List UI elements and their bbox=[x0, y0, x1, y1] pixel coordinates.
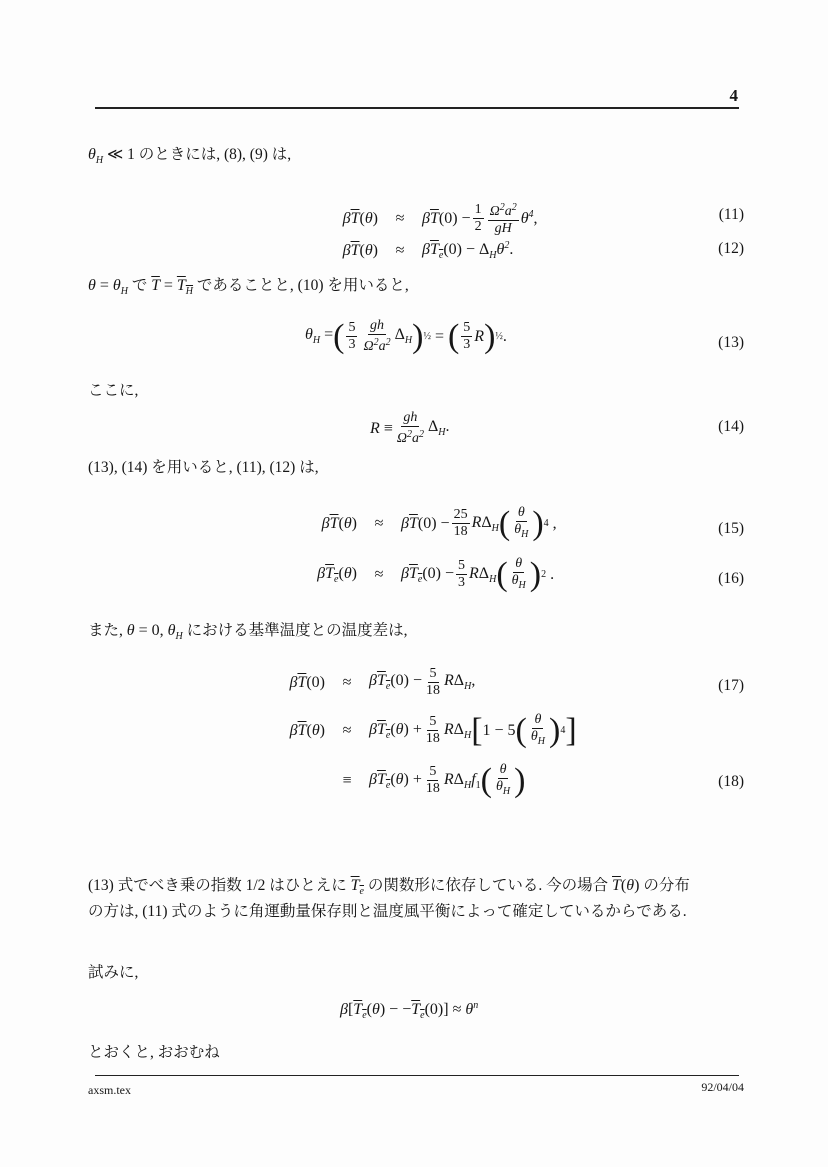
equation-power-law: β[Te(θ) − −Te(0)] ≈ θn bbox=[340, 1000, 478, 1021]
paragraph-difference: また, θ = 0, θH における基準温度との温度差は, bbox=[88, 618, 408, 650]
equation-15: βT(θ) ≈ βT(0) − 2518 RΔH (θθH)4 , bbox=[287, 505, 557, 543]
equation-number: (14) bbox=[718, 418, 744, 436]
equation-number: (12) bbox=[718, 240, 744, 258]
equation-17: βT(0) ≈ βTe(0) − 518 RΔH, bbox=[255, 666, 475, 699]
equation-18-line2: ≡ βTe(θ) + 518 RΔHf1 (θθH) bbox=[255, 762, 525, 800]
equation-number: (15) bbox=[718, 520, 744, 538]
equation-number: (17) bbox=[718, 677, 744, 695]
equation-16: βTe(θ) ≈ βTe(0) − 53 RΔH (θθH)2 . bbox=[285, 556, 554, 594]
equation-11: βT(θ) ≈ βT(0) − 12 Ω2a2gH θ4, bbox=[308, 200, 538, 237]
paragraph-text: の分布 bbox=[639, 877, 689, 894]
equation-14: R ≡ ghΩ2a2 ΔH. bbox=[370, 410, 449, 447]
equation-number: (18) bbox=[718, 773, 744, 791]
paragraph-trial: 試みに, bbox=[88, 960, 138, 986]
paragraph-text: のときには, (8), (9) は, bbox=[135, 146, 291, 163]
footer-rule bbox=[95, 1075, 739, 1076]
paragraph-here: ここに, bbox=[88, 378, 138, 404]
paragraph-text: (13) 式でべき乗の指数 1/2 はひとえに bbox=[88, 877, 351, 894]
paragraph-using: (13), (14) を用いると, (11), (12) は, bbox=[88, 455, 319, 481]
paragraph-text: の関数形に依存している. 今の場合 bbox=[364, 877, 612, 894]
paragraph-substitution: θ = θH で T = TH であることと, (10) を用いると, bbox=[88, 273, 409, 305]
equation-12: βT(θ) ≈ βTe(0) − ΔHθ2. bbox=[308, 240, 513, 261]
footer-filename: axsm.tex bbox=[88, 1083, 131, 1098]
header-rule bbox=[95, 107, 739, 109]
paragraph-text: また, bbox=[88, 622, 127, 639]
equation-13: θH = ( 53 ghΩ2a2 ΔH )½ = ( 53 R )½ . bbox=[305, 318, 507, 355]
equation-number: (13) bbox=[718, 334, 744, 352]
paragraph-text: で bbox=[128, 277, 151, 294]
paragraph-exponent-line2: の方は, (11) 式のように角運動量保存則と温度風平衡によって確定しているから… bbox=[88, 899, 687, 925]
paragraph-roughly: とおくと, おおむね bbox=[88, 1040, 220, 1066]
page-number: 4 bbox=[730, 86, 739, 106]
equation-18-line1: βT(θ) ≈ βTe(θ) + 518 RΔH [1 − 5 (θθH)4] bbox=[255, 712, 577, 750]
paragraph-text: における基準温度との温度差は, bbox=[183, 622, 408, 639]
equation-number: (11) bbox=[719, 206, 744, 224]
footer-date: 92/04/04 bbox=[701, 1080, 744, 1095]
paragraph-text: であることと, (10) を用いると, bbox=[193, 277, 409, 294]
equation-number: (16) bbox=[718, 570, 744, 588]
paragraph-condition: θH ≪ 1 のときには, (8), (9) は, bbox=[88, 142, 291, 174]
